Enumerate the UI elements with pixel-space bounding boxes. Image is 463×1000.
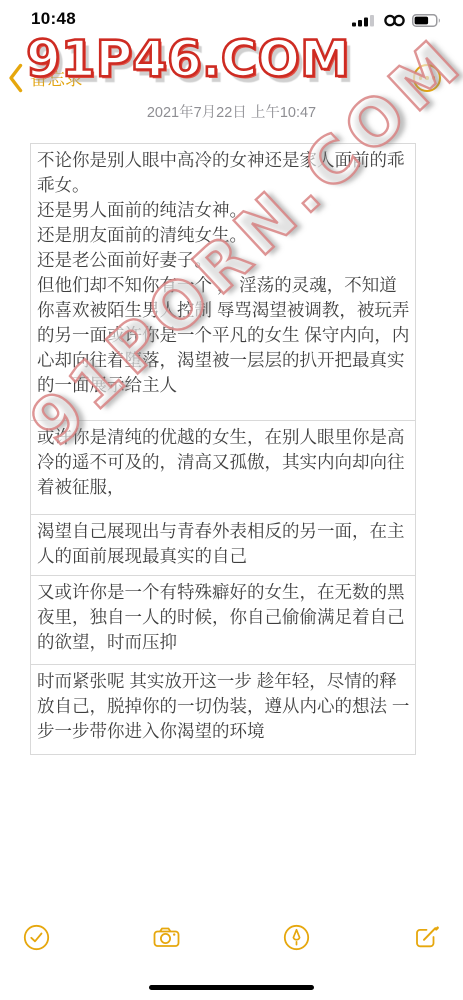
compose-icon[interactable] [413, 924, 440, 951]
status-icons [352, 13, 441, 28]
note-table-row[interactable]: 渴望自己展现出与青春外表相反的另一面，在主人的面前展现最真实的自己 [31, 514, 415, 575]
note-table-row[interactable]: 又或许你是一个有特殊癖好的女生，在无数的黑夜里，独自一人的时候，你自己偷偷满足着… [31, 575, 415, 664]
bottom-toolbar [0, 924, 463, 951]
battery-icon [412, 14, 441, 27]
status-time: 10:48 [31, 9, 76, 29]
note-table-row[interactable]: 或许你是清纯的优越的女生，在别人眼里你是高冷的遥不可及的，清高又孤傲，其实内向却… [31, 420, 415, 514]
personal-hotspot-icon [383, 13, 406, 28]
note-table-row[interactable]: 时而紧张呢 其实放开这一步 趁年轻，尽情的释放自己，脱掉你的一切伪装，遵从内心的… [31, 664, 415, 754]
note-table-row[interactable]: 不论你是别人眼中高冷的女神还是家人面前的乖乖女。 还是男人面前的纯洁女神。 还是… [31, 144, 415, 420]
back-button[interactable]: 备忘录 [8, 56, 83, 100]
home-indicator[interactable] [149, 985, 314, 990]
nav-bar: 备忘录 [0, 56, 463, 100]
note-date: 2021年7月22日 上午10:47 [0, 101, 463, 122]
status-bar: 10:48 [0, 0, 463, 44]
notes-app-screen: 10:48 备忘录 [0, 0, 463, 1000]
cellular-signal-icon [352, 14, 377, 27]
check-circle-icon[interactable] [23, 924, 50, 951]
back-chevron-icon [8, 63, 23, 93]
note-body-table: 不论你是别人眼中高冷的女神还是家人面前的乖乖女。 还是男人面前的纯洁女神。 还是… [30, 143, 416, 755]
back-button-label: 备忘录 [30, 66, 83, 91]
markup-pen-icon[interactable] [283, 924, 310, 951]
ellipsis-circle-icon[interactable] [413, 64, 441, 92]
camera-icon[interactable] [153, 924, 180, 951]
